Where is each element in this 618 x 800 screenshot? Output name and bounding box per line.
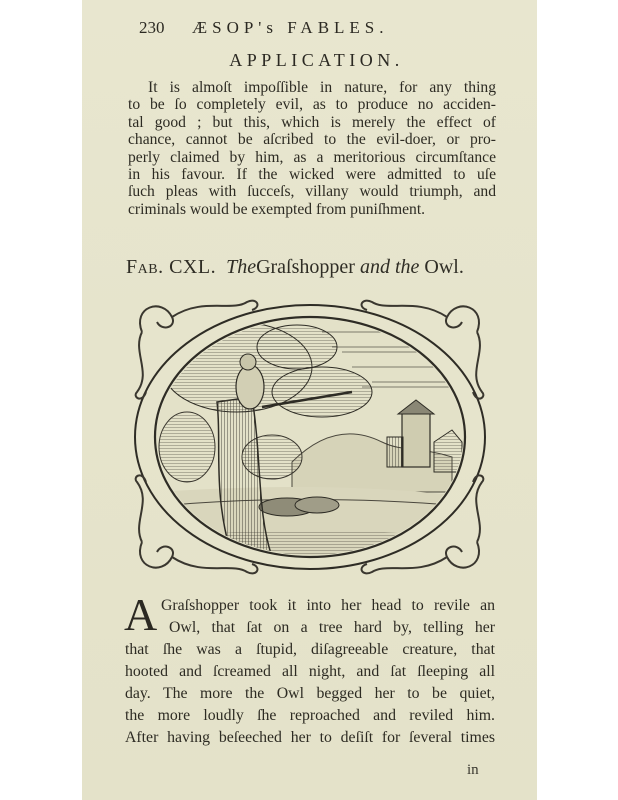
text-line: the more loudly ſhe reproached and revil… [125,705,495,727]
application-heading: APPLICATION. [82,50,537,71]
text-line: day. The more the Owl begged her to be q… [125,683,495,705]
text-line: hooted and ſcreamed all night, and ſat ſ… [125,661,495,683]
text-line: After having beſeeched her to deſiſt for… [125,727,495,749]
running-head: 230 ÆSOP's FABLES. [82,16,537,36]
fable-title-the: The [226,256,256,278]
text-line: Graſshopper took it into her head to rev… [125,595,495,617]
text-line: perly claimed by him, as a meritorious c… [128,149,496,166]
page-number: 230 [139,18,165,38]
text-line: tal good ; but this, which is merely the… [128,114,496,131]
woodcut-illustration [122,292,497,582]
book-title: ÆSOP's FABLES. [192,18,389,38]
text-line: in his favour. If the wicked were admitt… [128,166,496,183]
text-line: to be ſo completely evil, as to produce … [128,96,496,113]
book-page: 230 ÆSOP's FABLES. APPLICATION. It is al… [82,0,537,800]
application-paragraph: It is almoſt impoſſible in nature, for a… [128,79,496,218]
text-line: chance, cannot be aſcribed to the evil-d… [128,131,496,148]
fable-number: Fab. CXL. [126,256,216,278]
fable-title-owl: Owl. [424,256,463,278]
fable-title-grasshopper: Graſshopper [256,256,355,278]
text-line: ſuch pleas with ſucceſs, villany would t… [128,183,496,200]
text-line: Owl, that ſat on a tree hard by, telling… [125,617,495,639]
text-line: It is almoſt impoſſible in nature, for a… [128,79,496,96]
fable-title-and-the: and the [360,256,419,278]
woodcut-vignette-icon [122,292,497,582]
text-line: criminals would be exempted from puniſhm… [128,201,496,218]
fable-paragraph: Graſshopper took it into her head to rev… [125,595,495,749]
catchword: in [467,762,479,779]
fable-title: Fab. CXL. TheGraſshopper and the Owl. [126,256,498,279]
text-line: that ſhe was a ſtupid, diſagreeable crea… [125,639,495,661]
